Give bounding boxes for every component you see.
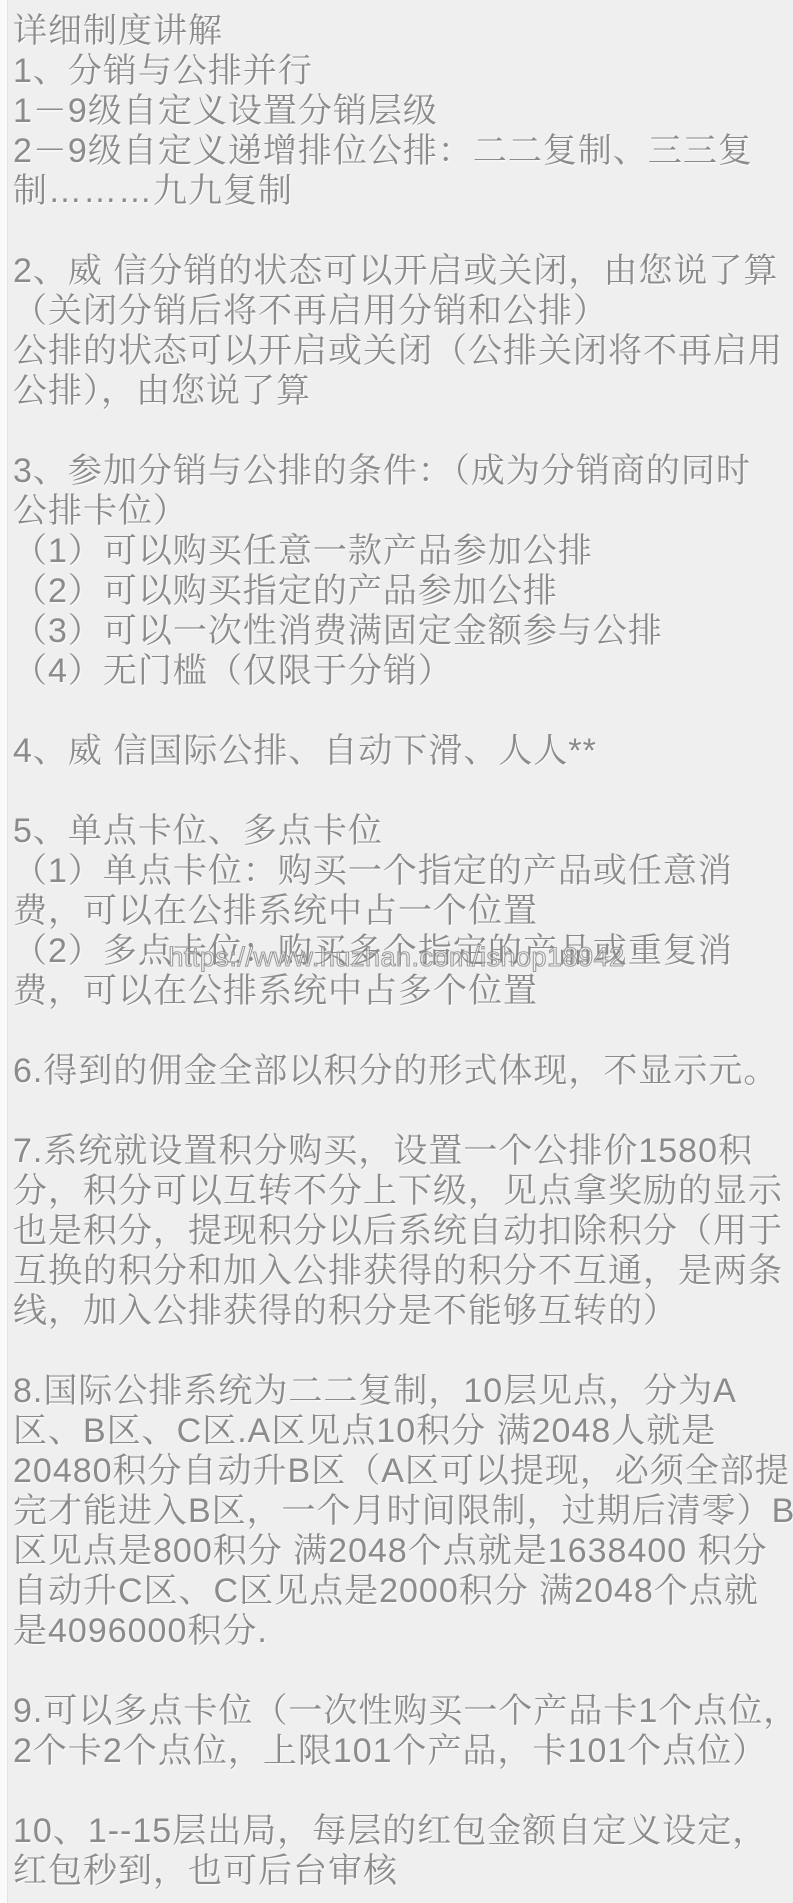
section-10: 10、1--15层出局，每层的红包金额自定义设定，红包秒到，也可后台审核 (13, 1811, 779, 1891)
section-intro-line-4: 2－9级自定义递增排位公排：二二复制、三三复 (13, 131, 779, 171)
section-intro: 详细制度讲解1、分销与公排并行1－9级自定义设置分销层级2－9级自定义递增排位公… (13, 11, 779, 211)
section-8-line-2: 区、B区、C区.A区见点10积分 满2048人就是 (13, 1411, 779, 1451)
section-6: 6.得到的佣金全部以积分的形式体现，不显示元。 (13, 1051, 779, 1091)
section-3-line-1: 3、参加分销与公排的条件：（成为分销商的同时 (13, 451, 779, 491)
section-8-line-3: 20480积分自动升B区（A区可以提现，必须全部提 (13, 1451, 779, 1491)
section-3: 3、参加分销与公排的条件：（成为分销商的同时公排卡位）（1）可以购买任意一款产品… (13, 451, 779, 691)
section-5-line-5: 费，可以在公排系统中占多个位置 (13, 971, 779, 1011)
section-7: 7.系统就设置积分购买，设置一个公排价1580积分，积分可以互转不分上下级，见点… (13, 1131, 779, 1331)
section-8-line-5: 区见点是800积分 满2048个点就是1638400 积分 (13, 1531, 779, 1571)
section-5-line-1: 5、单点卡位、多点卡位 (13, 811, 779, 851)
section-5-line-3: 费，可以在公排系统中占一个位置 (13, 891, 779, 931)
section-5-line-2: （1）单点卡位：购买一个指定的产品或任意消 (13, 851, 779, 891)
section-9-line-2: 2个卡2个点位，上限101个产品，卡101个点位） (13, 1731, 779, 1771)
section-10-line-1: 10、1--15层出局，每层的红包金额自定义设定， (13, 1811, 779, 1851)
section-6-line-1: 6.得到的佣金全部以积分的形式体现，不显示元。 (13, 1051, 779, 1091)
section-3-line-3: （1）可以购买任意一款产品参加公排 (13, 531, 779, 571)
section-intro-line-5: 制………九九复制 (13, 171, 779, 211)
section-9-line-1: 9.可以多点卡位（一次性购买一个产品卡1个点位， (13, 1691, 779, 1731)
section-8-line-6: 自动升C区、C区见点是2000积分 满2048个点就 (13, 1571, 779, 1611)
section-2-line-2: （关闭分销后将不再启用分销和公排） (13, 291, 779, 331)
section-3-line-5: （3）可以一次性消费满固定金额参与公排 (13, 611, 779, 651)
watermark-url: https://www.huzhan.com/ishop18942 (168, 941, 624, 973)
section-8-line-7: 是4096000积分. (13, 1611, 779, 1651)
section-7-line-1: 7.系统就设置积分购买，设置一个公排价1580积 (13, 1131, 779, 1171)
section-2-line-1: 2、威 信分销的状态可以开启或关闭，由您说了算 (13, 251, 779, 291)
section-10-line-2: 红包秒到，也可后台审核 (13, 1851, 779, 1891)
section-2-line-3: 公排的状态可以开启或关闭（公排关闭将不再启用 (13, 331, 779, 371)
section-8-line-1: 8.国际公排系统为二二复制，10层见点，分为A (13, 1371, 779, 1411)
section-intro-line-2: 1、分销与公排并行 (13, 51, 779, 91)
section-4: 4、威 信国际公排、自动下滑、人人** (13, 731, 779, 771)
section-intro-line-3: 1－9级自定义设置分销层级 (13, 91, 779, 131)
section-intro-line-1: 详细制度讲解 (13, 11, 779, 51)
section-2-line-4: 公排），由您说了算 (13, 371, 779, 411)
section-3-line-6: （4）无门槛（仅限于分销） (13, 651, 779, 691)
section-9: 9.可以多点卡位（一次性购买一个产品卡1个点位，2个卡2个点位，上限101个产品… (13, 1691, 779, 1771)
section-7-line-5: 线，加入公排获得的积分是不能够互转的） (13, 1291, 779, 1331)
section-5: 5、单点卡位、多点卡位（1）单点卡位：购买一个指定的产品或任意消费，可以在公排系… (13, 811, 779, 1011)
screenshot-page: { "page": { "background_color": "#efefef… (0, 0, 793, 1903)
section-7-line-2: 分，积分可以互转不分上下级，见点拿奖励的显示 (13, 1171, 779, 1211)
section-4-line-1: 4、威 信国际公排、自动下滑、人人** (13, 731, 779, 771)
section-2: 2、威 信分销的状态可以开启或关闭，由您说了算（关闭分销后将不再启用分销和公排）… (13, 251, 779, 411)
section-7-line-3: 也是积分，提现积分以后系统自动扣除积分（用于 (13, 1211, 779, 1251)
section-3-line-4: （2）可以购买指定的产品参加公排 (13, 571, 779, 611)
section-3-line-2: 公排卡位） (13, 491, 779, 531)
section-8-line-4: 完才能进入B区，一个月时间限制，过期后清零）B (13, 1491, 779, 1531)
section-7-line-4: 互换的积分和加入公排获得的积分不互通，是两条 (13, 1251, 779, 1291)
section-8: 8.国际公排系统为二二复制，10层见点，分为A区、B区、C区.A区见点10积分 … (13, 1371, 779, 1651)
